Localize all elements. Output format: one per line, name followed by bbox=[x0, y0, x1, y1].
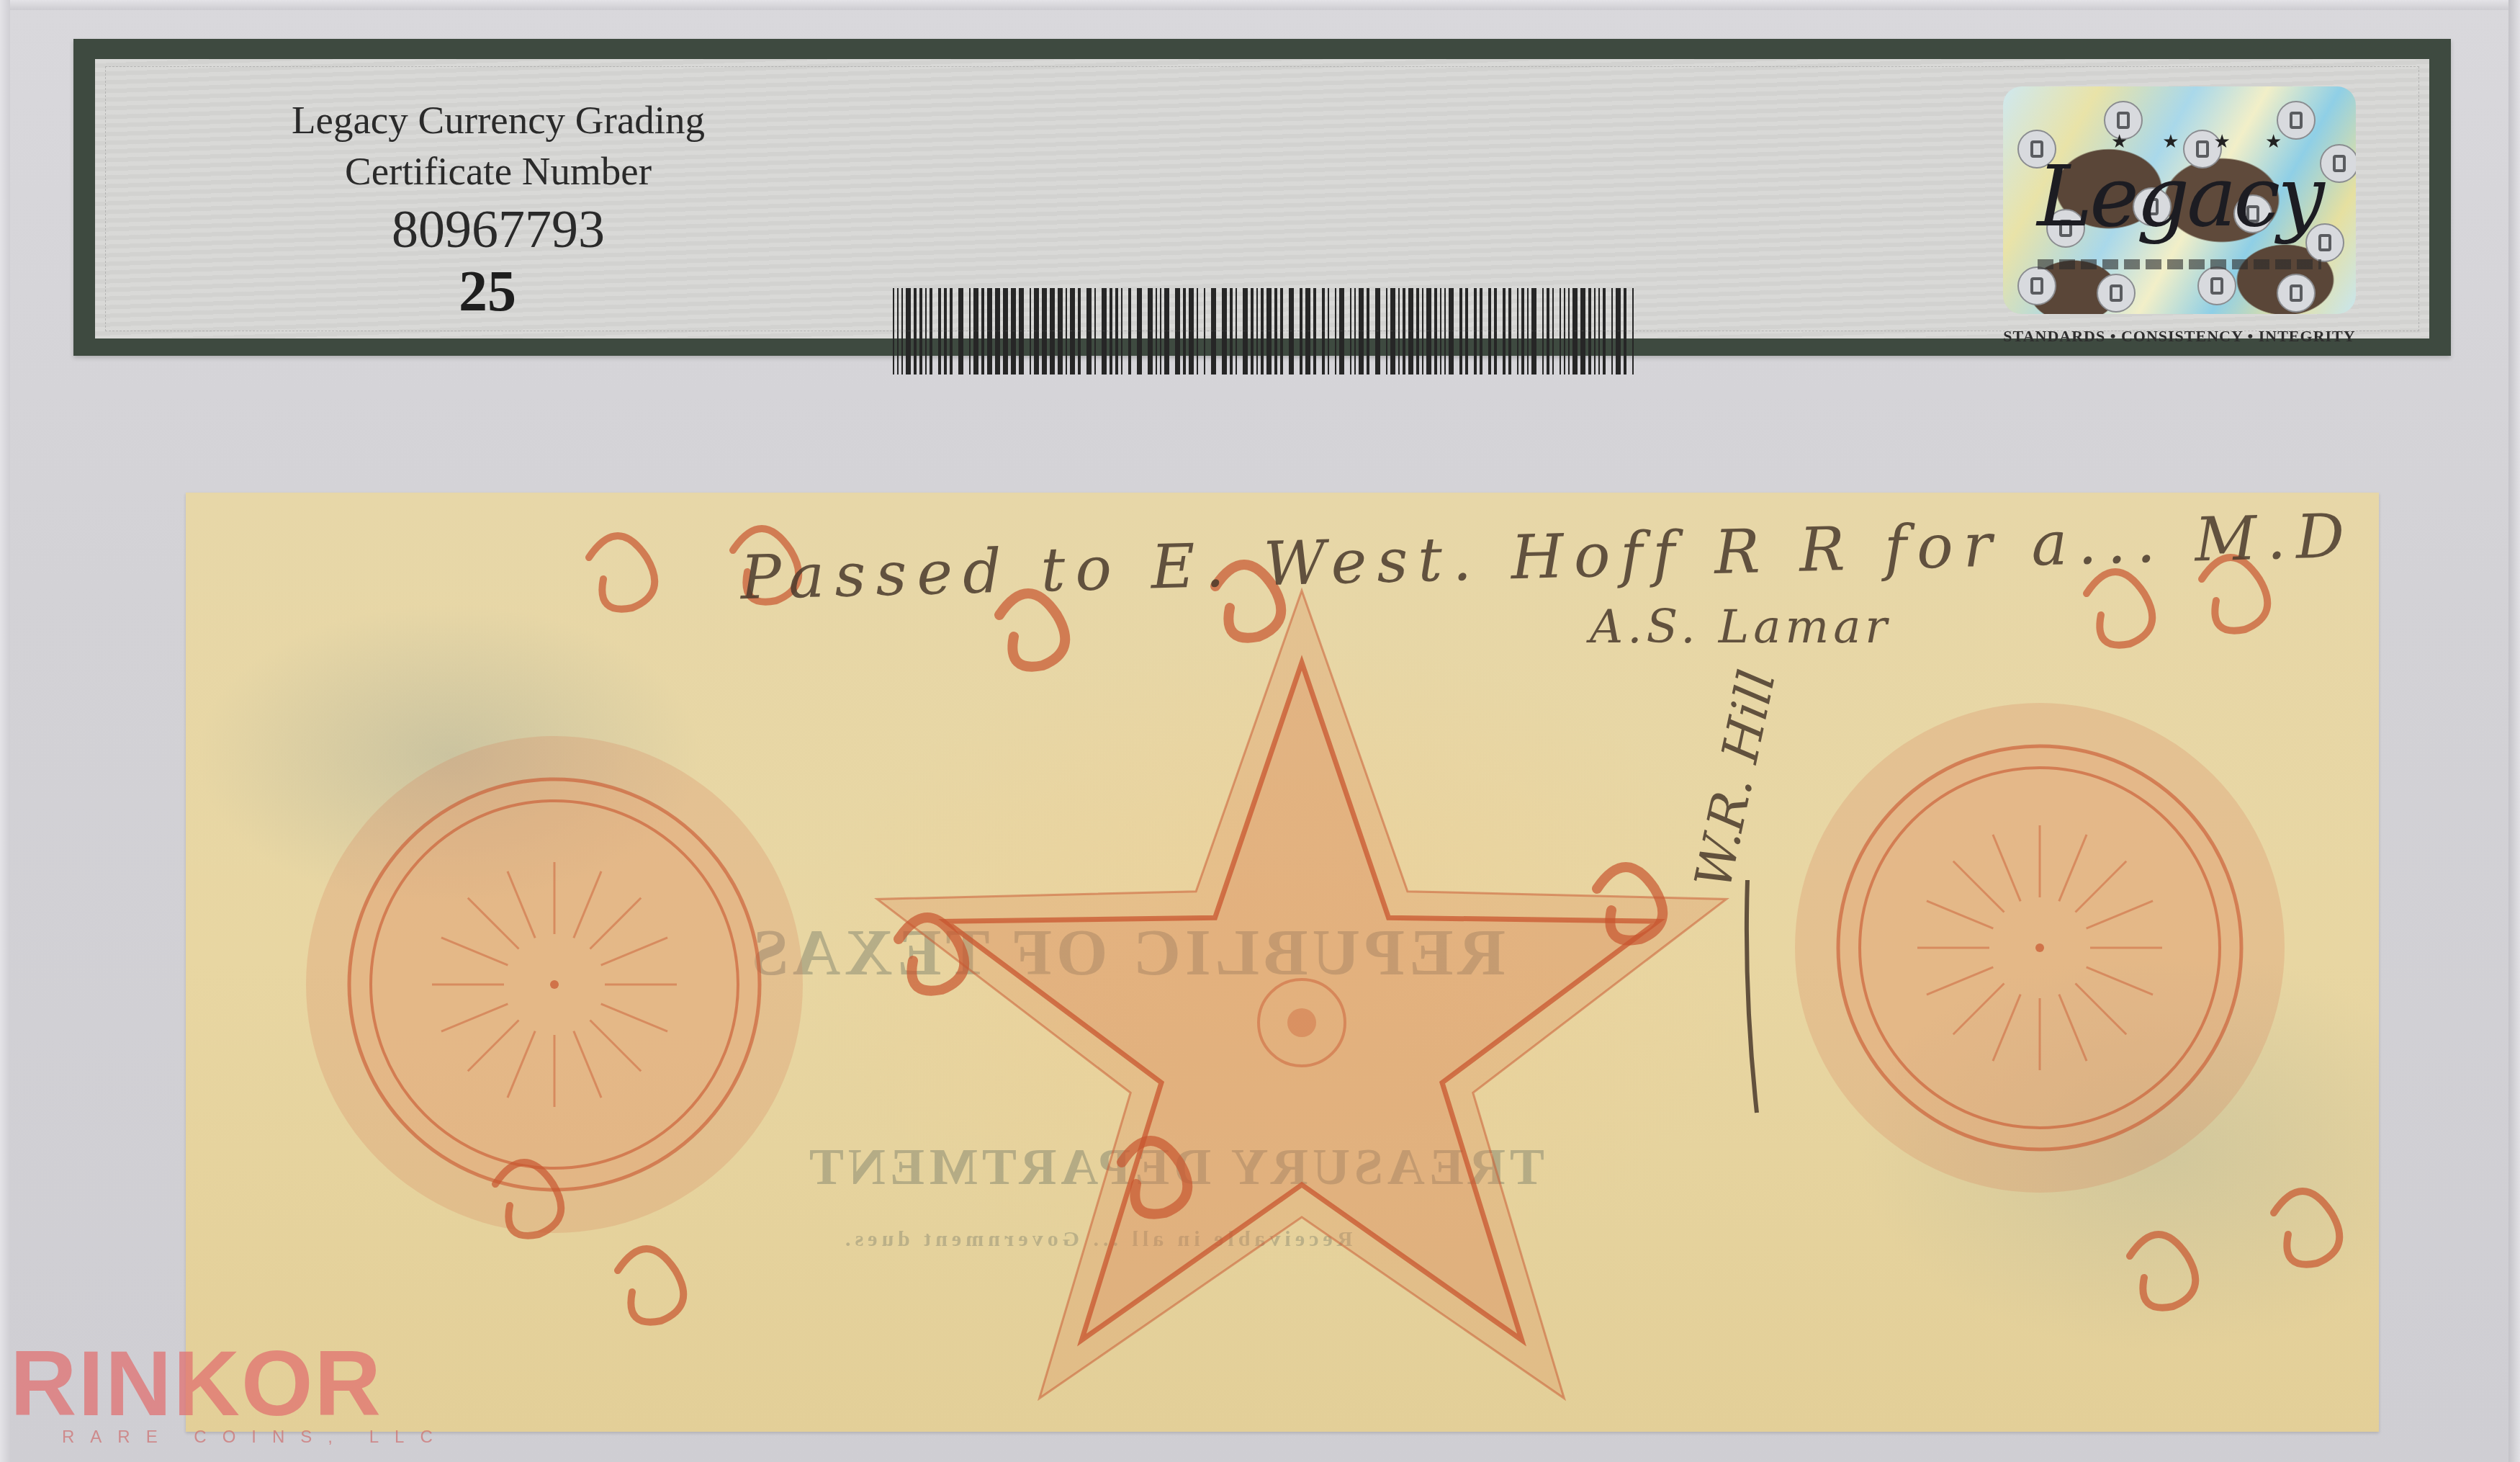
barcode-bar bbox=[1019, 288, 1024, 375]
barcode-bar bbox=[1503, 288, 1506, 375]
barcode-bar bbox=[981, 288, 984, 375]
barcode-bar bbox=[1527, 288, 1529, 375]
barcode-bar bbox=[1110, 288, 1112, 375]
barcode-bar bbox=[897, 288, 899, 375]
slab-holder-right-edge bbox=[2508, 0, 2520, 1462]
barcode-bar bbox=[1102, 288, 1107, 375]
barcode-bar bbox=[1160, 288, 1161, 375]
barcode-bar bbox=[944, 288, 947, 375]
dealer-brand: RINKOR bbox=[10, 1341, 449, 1427]
barcode bbox=[893, 288, 1642, 375]
barcode-bar bbox=[995, 288, 1000, 375]
barcode-bar bbox=[1148, 288, 1153, 375]
barcode-bar bbox=[1375, 288, 1380, 375]
barcode-bar bbox=[1568, 288, 1570, 375]
barcode-bar bbox=[1183, 288, 1186, 375]
dealer-watermark-logo: RINKOR RARE COINS, LLC bbox=[10, 1341, 449, 1448]
hologram-microtext-band bbox=[2038, 259, 2321, 269]
barcode-bar bbox=[1189, 288, 1194, 375]
barcode-bar bbox=[1251, 288, 1254, 375]
barcode-bar bbox=[1236, 288, 1237, 375]
barcode-bar bbox=[1354, 288, 1356, 375]
barcode-bar bbox=[1230, 288, 1233, 375]
barcode-bar bbox=[1280, 288, 1283, 375]
barcode-bar bbox=[1408, 288, 1413, 375]
barcode-bar bbox=[1222, 288, 1227, 375]
barcode-bar bbox=[1030, 288, 1031, 375]
barcode-bar bbox=[1339, 288, 1344, 375]
barcode-bar bbox=[987, 288, 992, 375]
barcode-bar bbox=[1164, 288, 1169, 375]
barcode-bar bbox=[1266, 288, 1272, 375]
barcode-bar bbox=[1243, 288, 1248, 375]
handwritten-name: A.S. Lamar bbox=[1590, 601, 1891, 654]
barcode-bar bbox=[1488, 288, 1491, 375]
barcode-bar bbox=[1434, 288, 1437, 375]
barcode-bar bbox=[1594, 288, 1596, 375]
hologram-brand: Legacy bbox=[2003, 148, 2356, 246]
barcode-bar bbox=[1367, 288, 1369, 375]
grading-label: Legacy Currency Grading Certificate Numb… bbox=[73, 39, 2451, 356]
barcode-bar bbox=[1042, 288, 1047, 375]
barcode-bar bbox=[958, 288, 963, 375]
barcode-bar bbox=[1086, 288, 1092, 375]
barcode-bar bbox=[1632, 288, 1634, 375]
barcode-bar bbox=[973, 288, 978, 375]
barcode-bar bbox=[925, 288, 927, 375]
barcode-bar bbox=[950, 288, 953, 375]
barcode-bar bbox=[1444, 288, 1446, 375]
note-engraving bbox=[186, 493, 2379, 1432]
dealer-subtitle: RARE COINS, LLC bbox=[62, 1427, 449, 1448]
barcode-bar bbox=[1003, 288, 1008, 375]
barcode-bar bbox=[1508, 288, 1511, 375]
barcode-bar bbox=[1440, 288, 1441, 375]
barcode-bar bbox=[1542, 288, 1544, 375]
barcode-bar bbox=[1598, 288, 1600, 375]
certificate-block: Legacy Currency Grading Certificate Numb… bbox=[275, 95, 721, 323]
barcode-bar bbox=[1480, 288, 1482, 375]
barcode-bar bbox=[914, 288, 917, 375]
barcode-bar bbox=[1115, 288, 1118, 375]
barcode-bar bbox=[1156, 288, 1157, 375]
barcode-bar bbox=[1386, 288, 1387, 375]
barcode-bar bbox=[1328, 288, 1329, 375]
barcode-bar bbox=[1564, 288, 1565, 375]
barcode-bar bbox=[1197, 288, 1198, 375]
barcode-bar bbox=[893, 288, 894, 375]
barcode-bar bbox=[906, 288, 911, 375]
barcode-bar bbox=[1070, 288, 1075, 375]
barcode-bar bbox=[919, 288, 922, 375]
barcode-bar bbox=[1034, 288, 1039, 375]
barcode-bar bbox=[1624, 288, 1626, 375]
barcode-bar bbox=[1580, 288, 1585, 375]
barcode-bar bbox=[1560, 288, 1561, 375]
barcode-bar bbox=[1335, 288, 1336, 375]
barcode-bar bbox=[1474, 288, 1477, 375]
barcode-bar bbox=[1588, 288, 1591, 375]
hologram-logo-disc-icon bbox=[2097, 274, 2136, 313]
barcode-bar bbox=[1403, 288, 1405, 375]
barcode-bar bbox=[1274, 288, 1277, 375]
barcode-bar bbox=[1256, 288, 1258, 375]
barcode-bar bbox=[1616, 288, 1621, 375]
barcode-bar bbox=[1137, 288, 1142, 375]
barcode-bar bbox=[1050, 288, 1055, 375]
barcode-bar bbox=[1313, 288, 1316, 375]
barcode-bar bbox=[1359, 288, 1364, 375]
hologram-logo-disc-icon bbox=[2197, 266, 2236, 305]
hologram-seal: ★★★★ Legacy bbox=[2003, 86, 2356, 314]
barcode-bar bbox=[969, 288, 971, 375]
barcode-bar bbox=[1175, 288, 1180, 375]
barcode-bar bbox=[1305, 288, 1310, 375]
grading-company-name: Legacy Currency Grading bbox=[275, 95, 721, 145]
hologram-logo-disc-icon bbox=[2277, 274, 2316, 313]
barcode-bar bbox=[1449, 288, 1454, 375]
barcode-bar bbox=[1261, 288, 1264, 375]
barcode-bar bbox=[1011, 288, 1016, 375]
barcode-bar bbox=[1390, 288, 1395, 375]
label-tagline: STANDARDS • CONSISTENCY • INTEGRITY bbox=[1978, 327, 2381, 346]
barcode-bar bbox=[1494, 288, 1497, 375]
barcode-bar bbox=[1398, 288, 1400, 375]
barcode-bar bbox=[1322, 288, 1325, 375]
barcode-bar bbox=[1611, 288, 1613, 375]
barcode-bar bbox=[938, 288, 941, 375]
barcode-bar bbox=[1121, 288, 1122, 375]
barcode-bar bbox=[1204, 288, 1205, 375]
barcode-bar bbox=[1426, 288, 1431, 375]
hologram-logo-disc-icon bbox=[2017, 266, 2056, 305]
barcode-bar bbox=[1603, 288, 1606, 375]
slab-holder-left-edge bbox=[0, 0, 10, 1462]
barcode-bar bbox=[1521, 288, 1524, 375]
barcode-bar bbox=[1517, 288, 1518, 375]
barcode-bar bbox=[1531, 288, 1536, 375]
barcode-bar bbox=[1289, 288, 1294, 375]
barcode-bar bbox=[1300, 288, 1302, 375]
barcode-bar bbox=[1066, 288, 1067, 375]
barcode-bar bbox=[1350, 288, 1351, 375]
barcode-bar bbox=[1078, 288, 1081, 375]
barcode-bar bbox=[1572, 288, 1578, 375]
star-inner bbox=[946, 663, 1658, 1340]
barcode-bar bbox=[1058, 288, 1063, 375]
barcode-bar bbox=[1422, 288, 1423, 375]
barcode-bar bbox=[930, 288, 932, 375]
barcode-bar bbox=[1094, 288, 1096, 375]
grade-value: 25 bbox=[253, 261, 721, 323]
barcode-bar bbox=[1459, 288, 1462, 375]
barcode-bar bbox=[1552, 288, 1554, 375]
certificate-number: 80967793 bbox=[275, 199, 721, 261]
certificate-number-caption: Certificate Number bbox=[275, 145, 721, 197]
barcode-bar bbox=[1128, 288, 1131, 375]
barcode-bar bbox=[1211, 288, 1216, 375]
banknote: REPUBLIC OF TEXAS TREASURY DEPARTMENT Re… bbox=[186, 493, 2379, 1432]
slab-holder-top-edge bbox=[0, 0, 2520, 10]
barcode-bar bbox=[1547, 288, 1549, 375]
barcode-bar bbox=[1416, 288, 1419, 375]
barcode-bar bbox=[1465, 288, 1468, 375]
barcode-bar bbox=[901, 288, 903, 375]
